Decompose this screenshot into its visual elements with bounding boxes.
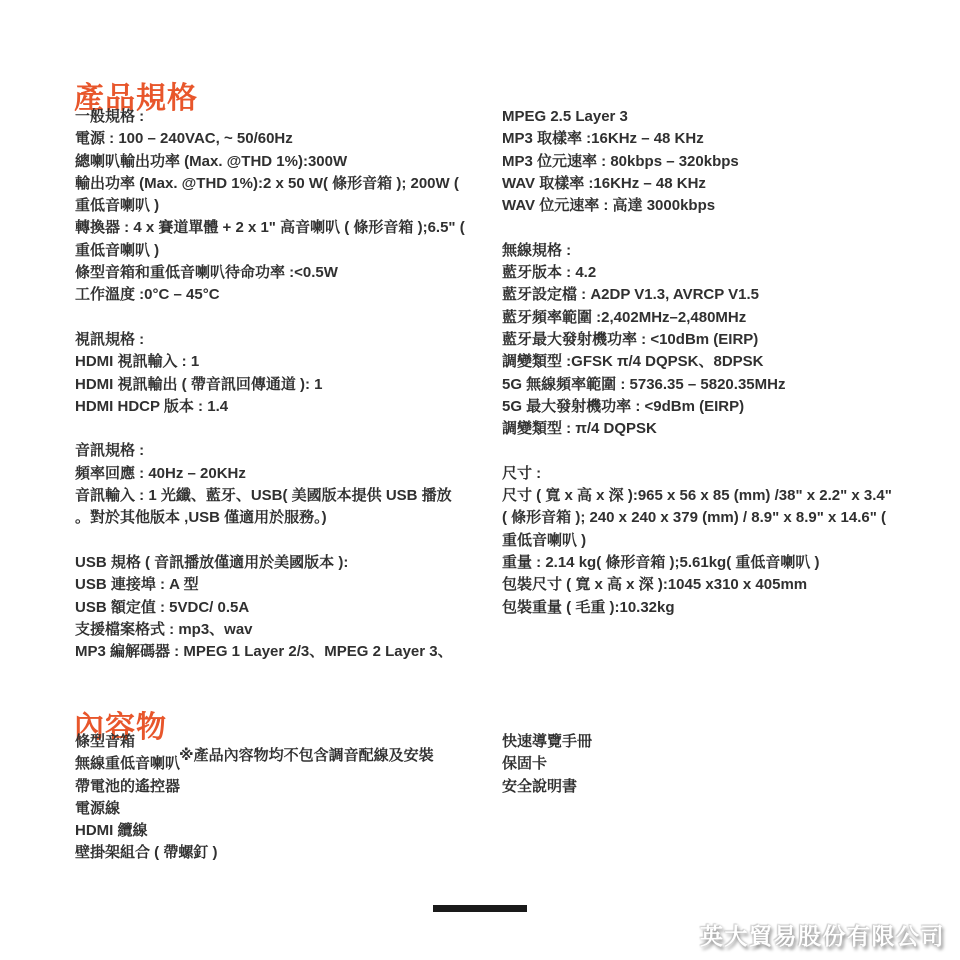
spec-line: 總喇叭輸出功率 (Max. @THD 1%):300W bbox=[75, 151, 505, 173]
spec-line: 重量 : 2.14 kg( 條形音箱 );5.61kg( 重低音喇叭 ) bbox=[502, 552, 952, 574]
spec-column-right: MPEG 2.5 Layer 3MP3 取樣率 :16KHz – 48 KHzM… bbox=[502, 106, 952, 619]
spec-line: WAV 取樣率 :16KHz – 48 KHz bbox=[502, 173, 952, 195]
spec-line: 尺寸 : bbox=[502, 463, 952, 485]
spec-line: WAV 位元速率 : 高達 3000kbps bbox=[502, 195, 952, 217]
spec-line: 重低音喇叭 ) bbox=[502, 530, 952, 552]
contents-item: 快速導覽手冊 bbox=[502, 731, 592, 753]
spec-line: HDMI HDCP 版本 : 1.4 bbox=[75, 396, 505, 418]
spec-line: 音訊輸入 : 1 光纖、藍牙、USB( 美國版本提供 USB 播放 bbox=[75, 485, 505, 507]
spec-line: 輸出功率 (Max. @THD 1%):2 x 50 W( 條形音箱 ); 20… bbox=[75, 173, 505, 195]
contents-item: 壁掛架組合 ( 帶螺釘 ) bbox=[75, 842, 218, 864]
spec-line: 藍牙最大發射機功率 : <10dBm (EIRP) bbox=[502, 329, 952, 351]
spec-line: MP3 位元速率 : 80kbps – 320kbps bbox=[502, 151, 952, 173]
spec-line: 尺寸 ( 寬 x 高 x 深 ):965 x 56 x 85 (mm) /38"… bbox=[502, 485, 952, 507]
spec-block: 視訊規格 :HDMI 視訊輸入 : 1HDMI 視訊輸出 ( 帶音訊回傳通道 )… bbox=[75, 329, 505, 418]
spec-line: 調變類型 : π/4 DQPSK bbox=[502, 418, 952, 440]
spec-line: 包裝重量 ( 毛重 ):10.32kg bbox=[502, 597, 952, 619]
spec-line: 條型音箱和重低音喇叭待命功率 :<0.5W bbox=[75, 262, 505, 284]
spec-line: 5G 無線頻率範圍 : 5736.35 – 5820.35MHz bbox=[502, 374, 952, 396]
spec-line: 視訊規格 : bbox=[75, 329, 505, 351]
spec-line: 工作溫度 :0°C – 45°C bbox=[75, 284, 505, 306]
footer-divider-bar bbox=[433, 905, 527, 912]
spec-block: 一般規格 :電源 : 100 – 240VAC, ~ 50/60Hz總喇叭輸出功… bbox=[75, 106, 505, 307]
spec-block: USB 規格 ( 音訊播放僅適用於美國版本 ):USB 連接埠 : A 型USB… bbox=[75, 552, 505, 663]
spec-sheet-page: 產品規格 一般規格 :電源 : 100 – 240VAC, ~ 50/60Hz總… bbox=[0, 0, 960, 960]
spec-line: 調變類型 :GFSK π/4 DQPSK、8DPSK bbox=[502, 351, 952, 373]
spec-line: USB 規格 ( 音訊播放僅適用於美國版本 ): bbox=[75, 552, 505, 574]
contents-item: 保固卡 bbox=[502, 753, 592, 775]
contents-list-right: 快速導覽手冊保固卡安全說明書 bbox=[502, 731, 592, 798]
contents-item: 帶電池的遙控器 bbox=[75, 776, 218, 798]
spec-block: MPEG 2.5 Layer 3MP3 取樣率 :16KHz – 48 KHzM… bbox=[502, 106, 952, 217]
spec-block: 音訊規格 :頻率回應 : 40Hz – 20KHz音訊輸入 : 1 光纖、藍牙、… bbox=[75, 440, 505, 529]
spec-line: 轉換器 : 4 x 賽道單體 + 2 x 1" 高音喇叭 ( 條形音箱 );6.… bbox=[75, 217, 505, 239]
spec-block: 尺寸 :尺寸 ( 寬 x 高 x 深 ):965 x 56 x 85 (mm) … bbox=[502, 463, 952, 619]
contents-item: 無線重低音喇叭 bbox=[75, 753, 218, 775]
spec-line: MP3 編解碼器 : MPEG 1 Layer 2/3、MPEG 2 Layer… bbox=[75, 641, 505, 663]
spec-line: 。對於其他版本 ,USB 僅適用於服務。) bbox=[75, 507, 505, 529]
contents-item: 條型音箱 bbox=[75, 731, 218, 753]
spec-line: 藍牙設定檔 : A2DP V1.3, AVRCP V1.5 bbox=[502, 284, 952, 306]
spec-line: 頻率回應 : 40Hz – 20KHz bbox=[75, 463, 505, 485]
spec-line: 一般規格 : bbox=[75, 106, 505, 128]
spec-block: 無線規格 :藍牙版本 : 4.2藍牙設定檔 : A2DP V1.3, AVRCP… bbox=[502, 240, 952, 441]
spec-line: USB 連接埠 : A 型 bbox=[75, 574, 505, 596]
spec-line: 音訊規格 : bbox=[75, 440, 505, 462]
spec-line: USB 額定值 : 5VDC/ 0.5A bbox=[75, 597, 505, 619]
spec-line: HDMI 視訊輸入 : 1 bbox=[75, 351, 505, 373]
spec-line: ( 條形音箱 ); 240 x 240 x 379 (mm) / 8.9" x … bbox=[502, 507, 952, 529]
contents-item: 電源線 bbox=[75, 798, 218, 820]
spec-line: 藍牙頻率範圍 :2,402MHz–2,480MHz bbox=[502, 307, 952, 329]
contents-list-left: 條型音箱無線重低音喇叭帶電池的遙控器電源線HDMI 纜線壁掛架組合 ( 帶螺釘 … bbox=[75, 731, 218, 865]
spec-line: 5G 最大發射機功率 : <9dBm (EIRP) bbox=[502, 396, 952, 418]
spec-line: 電源 : 100 – 240VAC, ~ 50/60Hz bbox=[75, 128, 505, 150]
spec-line: 藍牙版本 : 4.2 bbox=[502, 262, 952, 284]
spec-line: MPEG 2.5 Layer 3 bbox=[502, 106, 952, 128]
spec-line: MP3 取樣率 :16KHz – 48 KHz bbox=[502, 128, 952, 150]
spec-line: HDMI 視訊輸出 ( 帶音訊回傳通道 ): 1 bbox=[75, 374, 505, 396]
spec-line: 支援檔案格式 : mp3、wav bbox=[75, 619, 505, 641]
company-watermark: 英大貿易股份有限公司 bbox=[700, 918, 945, 951]
spec-column-left: 一般規格 :電源 : 100 – 240VAC, ~ 50/60Hz總喇叭輸出功… bbox=[75, 106, 505, 663]
contents-item: HDMI 纜線 bbox=[75, 820, 218, 842]
spec-line: 重低音喇叭 ) bbox=[75, 195, 505, 217]
spec-line: 重低音喇叭 ) bbox=[75, 240, 505, 262]
spec-line: 包裝尺寸 ( 寬 x 高 x 深 ):1045 x310 x 405mm bbox=[502, 574, 952, 596]
contents-item: 安全說明書 bbox=[502, 776, 592, 798]
spec-line: 無線規格 : bbox=[502, 240, 952, 262]
